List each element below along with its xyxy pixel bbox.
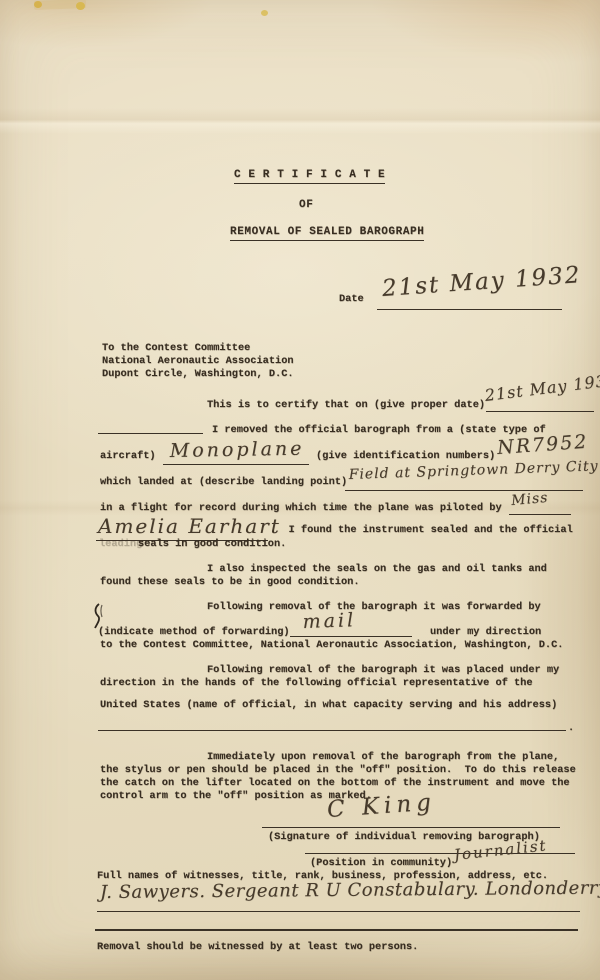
recipient-line1: To the Contest Committee	[102, 342, 250, 354]
method-label: (indicate method of forwarding)	[98, 626, 290, 638]
title-underline-text: REMOVAL OF SEALED BAROGRAPH	[230, 226, 424, 241]
id-label: (give identification numbers)	[316, 450, 495, 462]
witness-rule	[97, 911, 580, 912]
forwarding-line1: Following removal of the barograph it wa…	[207, 601, 541, 613]
instructions-line1: Immediately upon removal of the barograp…	[207, 751, 559, 763]
certify-date-rule	[486, 411, 594, 412]
certify-line1: This is to certify that on (give proper …	[207, 399, 485, 411]
document-page: C E R T I F I C A T E OF REMOVAL OF SEAL…	[0, 0, 600, 980]
certify-date-handwritten: 21st May 1932	[484, 370, 600, 405]
custody-line3: United States (name of official, in what…	[100, 699, 557, 711]
witness-handwritten: J. Sawyers. Sergeant R U Constabulary. L…	[100, 878, 600, 903]
certify-line2: I removed the official barograph from a …	[212, 424, 546, 436]
position-label: (Position in community)	[310, 857, 452, 869]
recipient-line3: Dupont Circle, Washington, D.C.	[102, 368, 294, 380]
date-rule	[377, 309, 562, 310]
pilot-line: in a flight for record during which time…	[100, 502, 502, 514]
tape-spot	[76, 2, 85, 10]
date-label: Date	[339, 293, 364, 305]
date-value-handwritten: 21st May 1932	[381, 262, 582, 302]
sealed-line: . I found the instrument sealed and the …	[270, 524, 573, 536]
inspection-line1: I also inspected the seals on the gas an…	[207, 563, 547, 575]
custody-line2: direction in the hands of the following …	[100, 677, 533, 689]
forwarding-line3: to the Contest Committee, National Aeron…	[100, 639, 563, 651]
title-underline-text: C E R T I F I C A T E	[234, 169, 385, 184]
certificate-title-line3: REMOVAL OF SEALED BAROGRAPH	[230, 226, 424, 238]
aircraft-label: aircraft)	[100, 450, 156, 462]
second-witness-rule	[95, 929, 578, 931]
aircraft-rule	[163, 464, 309, 465]
custody-line1: Following removal of the barograph it wa…	[207, 664, 559, 676]
tape-spot	[261, 10, 268, 16]
pilot-title-handwritten: Miss	[511, 490, 549, 509]
paper-crease	[0, 108, 600, 134]
footer-note: Removal should be witnessed by at least …	[97, 941, 418, 953]
inspection-line2: found these seals to be in good conditio…	[100, 576, 360, 588]
pilot-title-rule	[509, 514, 571, 515]
certificate-title-line2: OF	[299, 199, 313, 211]
aircraft-type-handwritten: Monoplane	[170, 438, 305, 462]
pilot-name-handwritten: Amelia Earhart	[98, 514, 281, 538]
erased-word: leading	[99, 538, 142, 550]
method-rule	[290, 636, 412, 637]
instructions-line3: the catch on the lifter located on the b…	[100, 777, 570, 789]
blank-rule	[98, 433, 203, 434]
recipient-line2: National Aeronautic Association	[102, 355, 294, 367]
blank-period: .	[568, 722, 574, 734]
certificate-title-line1: C E R T I F I C A T E	[234, 169, 385, 181]
official-blank-rule	[98, 730, 566, 731]
seals-line: seals in good condition.	[138, 538, 286, 550]
forwarding-line2: under my direction	[430, 626, 541, 638]
signature-rule	[262, 827, 560, 828]
instructions-line2: the stylus or pen should be placed in th…	[100, 764, 576, 776]
method-handwritten: mail	[302, 609, 356, 633]
landing-label: which landed at (describe landing point)	[100, 476, 347, 488]
tape-spot	[34, 1, 42, 8]
